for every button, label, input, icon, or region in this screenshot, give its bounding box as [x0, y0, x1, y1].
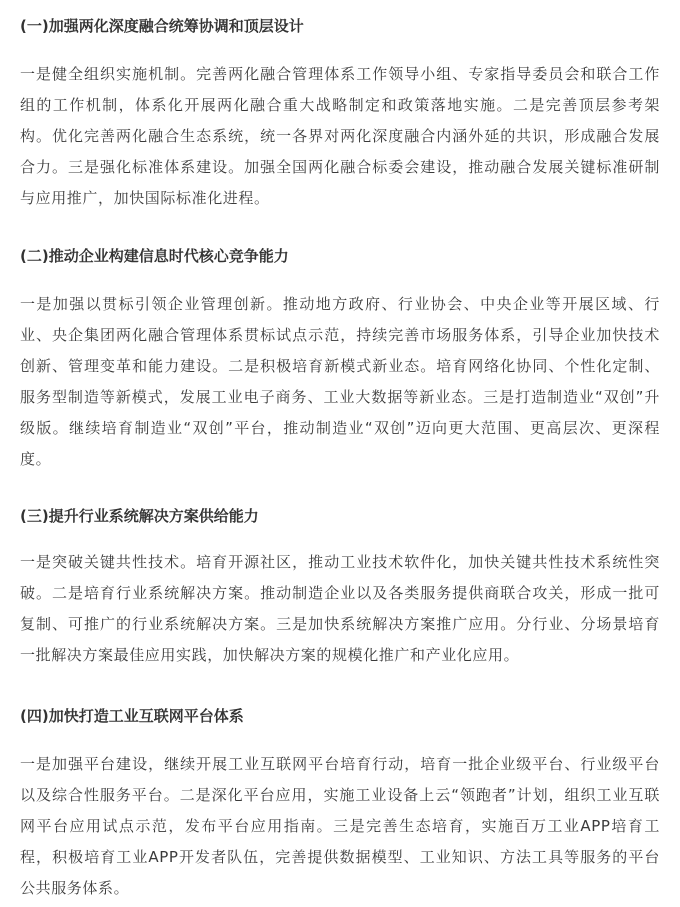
paragraph-line: 组的工作机制，体系化开展两化融合重大战略制定和政策落地实施。二是完善顶层参考架	[20, 90, 660, 121]
paragraph-line: 公共服务体系。	[20, 873, 660, 904]
paragraph-line: 一是健全组织实施机制。完善两化融合管理体系工作领导小组、专家指导委员会和联合工作	[20, 59, 660, 90]
paragraph-line: 创新、管理变革和能力建设。二是积极培育新模式新业态。培育网络化协同、个性化定制、	[20, 351, 660, 382]
section-heading-3: (三)提升行业系统解决方案供给能力	[20, 506, 660, 526]
paragraph-line: 程，积极培育工业APP开发者队伍，完善提供数据模型、工业知识、方法工具等服务的平…	[20, 842, 660, 873]
paragraph-line: 与应用推广，加快国际标准化进程。	[20, 183, 660, 214]
section-paragraph-1: 一是健全组织实施机制。完善两化融合管理体系工作领导小组、专家指导委员会和联合工作…	[20, 59, 660, 214]
paragraph-line: 一批解决方案最佳应用实践，加快解决方案的规模化推广和产业化应用。	[20, 640, 660, 671]
section-paragraph-4: 一是加强平台建设，继续开展工业互联网平台培育行动，培育一批企业级平台、行业级平台…	[20, 749, 660, 904]
section-heading-4: (四)加快打造工业互联网平台体系	[20, 706, 660, 726]
paragraph-line: 构。优化完善两化融合生态系统，统一各界对两化深度融合内涵外延的共识，形成融合发展	[20, 121, 660, 152]
paragraph-line: 一是加强以贯标引领企业管理创新。推动地方政府、行业协会、中央企业等开展区域、行	[20, 289, 660, 320]
paragraph-line: 破。二是培育行业系统解决方案。推动制造企业以及各类服务提供商联合攻关，形成一批可	[20, 578, 660, 609]
paragraph-line: 一是突破关键共性技术。培育开源社区，推动工业技术软件化，加快关键共性技术系统性突	[20, 547, 660, 578]
paragraph-line: 业、央企集团两化融合管理体系贯标试点示范，持续完善市场服务体系，引导企业加快技术	[20, 320, 660, 351]
section-heading-2: (二)推动企业构建信息时代核心竞争能力	[20, 246, 660, 266]
paragraph-line: 级版。继续培育制造业“双创”平台，推动制造业“双创”迈向更大范围、更高层次、更深…	[20, 413, 660, 444]
paragraph-line: 以及综合性服务平台。二是深化平台应用，实施工业设备上云“领跑者”计划，组织工业互…	[20, 780, 660, 811]
section-paragraph-3: 一是突破关键共性技术。培育开源社区，推动工业技术软件化，加快关键共性技术系统性突…	[20, 547, 660, 671]
paragraph-line: 复制、可推广的行业系统解决方案。三是加快系统解决方案推广应用。分行业、分场景培育	[20, 609, 660, 640]
paragraph-line: 度。	[20, 444, 660, 475]
section-paragraph-2: 一是加强以贯标引领企业管理创新。推动地方政府、行业协会、中央企业等开展区域、行 …	[20, 289, 660, 475]
section-heading-1: (一)加强两化深度融合统筹协调和顶层设计	[20, 16, 660, 36]
paragraph-line: 一是加强平台建设，继续开展工业互联网平台培育行动，培育一批企业级平台、行业级平台	[20, 749, 660, 780]
paragraph-line: 合力。三是强化标准体系建设。加强全国两化融合标委会建设，推动融合发展关键标准研制	[20, 152, 660, 183]
paragraph-line: 服务型制造等新模式，发展工业电子商务、工业大数据等新业态。三是打造制造业“双创”…	[20, 382, 660, 413]
paragraph-line: 网平台应用试点示范，发布平台应用指南。三是完善生态培育，实施百万工业APP培育工	[20, 811, 660, 842]
